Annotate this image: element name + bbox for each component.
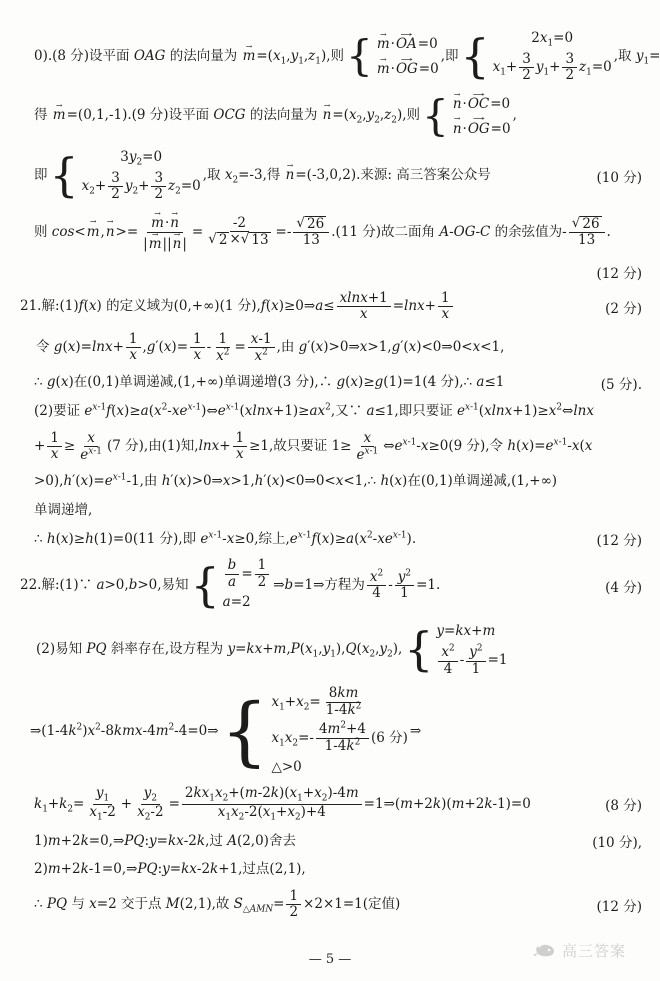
line-math: 单调递增, bbox=[34, 501, 92, 521]
watermark: 高三答案 bbox=[533, 940, 626, 961]
line-math: 得 →m=(0,1,-1).(9 分)设平面 OCG 的法向量为 →n=(x2,… bbox=[34, 93, 517, 140]
line-math: 0).(8 分)设平面 OAG 的法向量为 →m=(x1,y1,z1),则{→m… bbox=[34, 29, 660, 84]
solution-line: 单调递增, bbox=[20, 501, 642, 521]
solution-lines: 0).(8 分)设平面 OAG 的法向量为 →m=(x1,y1,z1),则{→m… bbox=[20, 29, 642, 921]
line-math: 令 g(x)=lnx+1x,g′(x)=1x-1x2=x-1x2,由 g′(x)… bbox=[36, 332, 504, 365]
solution-line: ⇒(1-4k2)x2-8kmx-4m2-4=0⇒{x1+x2=8km1-4k2x… bbox=[20, 686, 642, 777]
whale-mascot-icon bbox=[533, 942, 557, 959]
solution-line: +1x≥xex-1(7 分),由(1)知,lnx+1x≥1,故只要证 1≥xex… bbox=[20, 431, 642, 464]
page-number: — 5 — bbox=[309, 952, 352, 967]
watermark-text: 高三答案 bbox=[562, 940, 626, 961]
solution-line: 令 g(x)=lnx+1x,g′(x)=1x-1x2=x-1x2,由 g′(x)… bbox=[20, 332, 642, 365]
solution-line: k1+k2=y1x1-2+y2x2-2=2kx1x2+(m-2k)(x1+x2)… bbox=[20, 786, 642, 822]
line-math: ∴ PQ 与 x=2 交于点 M(2,1),故 S△AMN=12×2×1=1(定… bbox=[34, 889, 400, 921]
line-math: 即{3y2=0x2+32y2+32z2=0,取 x2=-3,得 →n=(-3,0… bbox=[34, 148, 491, 203]
solution-line: 2)m+2k-1=0,⇒PQ:y=kx-2k+1,过点(2,1), bbox=[20, 860, 642, 880]
solution-line: ∴ h(x)≥h(1)=0(11 分),即 ex-1-x≥0,综上,ex-1f(… bbox=[20, 529, 642, 549]
solution-line: 得 →m=(0,1,-1).(9 分)设平面 OCG 的法向量为 →n=(x2,… bbox=[20, 93, 642, 140]
score-marker: (10 分), bbox=[584, 831, 642, 851]
line-math: ∴ g(x)在(0,1)单调递减,(1,+∞)单调递增(3 分),∴ g(x)≥… bbox=[34, 373, 504, 393]
solution-line: 22.解:(1)∵ a>0,b>0,易知{ba=12a=2⇒b=1⇒方程为x24… bbox=[20, 558, 642, 613]
score-marker: (5 分). bbox=[593, 373, 642, 393]
score-marker: (4 分) bbox=[597, 576, 642, 596]
answer-sheet-page: 0).(8 分)设平面 OAG 的法向量为 →m=(x1,y1,z1),则{→m… bbox=[0, 0, 660, 981]
solution-line: >0),h′(x)=ex-1-1,由 h′(x)>0⇒x>1,h′(x)<0⇒0… bbox=[20, 472, 642, 492]
solution-line: 1)m+2k=0,⇒PQ:y=kx-2k,过 A(2,0)舍去(10 分), bbox=[20, 831, 642, 851]
line-math: +1x≥xex-1(7 分),由(1)知,lnx+1x≥1,故只要证 1≥xex… bbox=[34, 431, 592, 464]
score-marker: (12 分) bbox=[588, 529, 642, 549]
solution-line: ∴ g(x)在(0,1)单调递减,(1,+∞)单调递增(3 分),∴ g(x)≥… bbox=[20, 373, 642, 393]
solution-line: (2)易知 PQ 斜率存在,设方程为 y=kx+m,P(x1,y1),Q(x2,… bbox=[20, 622, 642, 677]
line-math: >0),h′(x)=ex-1-1,由 h′(x)>0⇒x>1,h′(x)<0⇒0… bbox=[34, 472, 557, 492]
solution-line: (12 分) bbox=[20, 262, 642, 282]
line-math: (2)要证 ex-1f(x)≥a(x2-xex-1)⇔ex-1(xlnx+1)≥… bbox=[34, 402, 594, 422]
line-math: k1+k2=y1x1-2+y2x2-2=2kx1x2+(m-2k)(x1+x2)… bbox=[34, 786, 531, 822]
score-marker: (12 分) bbox=[588, 262, 642, 282]
solution-line: 即{3y2=0x2+32y2+32z2=0,取 x2=-3,得 →n=(-3,0… bbox=[20, 148, 642, 203]
solution-line: 21.解:(1)f(x) 的定义域为(0,+∞)(1 分),f(x)≥0⇒a≤x… bbox=[20, 291, 642, 323]
line-math: ∴ h(x)≥h(1)=0(11 分),即 ex-1-x≥0,综上,ex-1f(… bbox=[34, 530, 416, 550]
solution-line: 则 cos<→m,→n>=→m·→n|→m||→n|=-2√2×√13=-√26… bbox=[20, 212, 642, 253]
line-math: (2)易知 PQ 斜率存在,设方程为 y=kx+m,P(x1,y1),Q(x2,… bbox=[36, 622, 509, 677]
solution-line: (2)要证 ex-1f(x)≥a(x2-xex-1)⇔ex-1(xlnx+1)≥… bbox=[20, 402, 642, 422]
line-math: 1)m+2k=0,⇒PQ:y=kx-2k,过 A(2,0)舍去 bbox=[34, 832, 296, 852]
solution-line: ∴ PQ 与 x=2 交于点 M(2,1),故 S△AMN=12×2×1=1(定… bbox=[20, 889, 642, 921]
line-math: ⇒(1-4k2)x2-8kmx-4m2-4=0⇒{x1+x2=8km1-4k2x… bbox=[30, 686, 421, 777]
solution-line: 0).(8 分)设平面 OAG 的法向量为 →m=(x1,y1,z1),则{→m… bbox=[20, 29, 642, 84]
line-math: 则 cos<→m,→n>=→m·→n|→m||→n|=-2√2×√13=-√26… bbox=[34, 212, 611, 253]
score-marker: (8 分) bbox=[597, 794, 642, 814]
line-math: 2)m+2k-1=0,⇒PQ:y=kx-2k+1,过点(2,1), bbox=[34, 860, 306, 880]
score-marker: (2 分) bbox=[597, 297, 642, 317]
score-marker: (10 分) bbox=[588, 166, 642, 186]
score-marker: (12 分) bbox=[588, 895, 642, 915]
line-math: 21.解:(1)f(x) 的定义域为(0,+∞)(1 分),f(x)≥0⇒a≤x… bbox=[20, 291, 455, 323]
line-math: 22.解:(1)∵ a>0,b>0,易知{ba=12a=2⇒b=1⇒方程为x24… bbox=[20, 558, 440, 613]
